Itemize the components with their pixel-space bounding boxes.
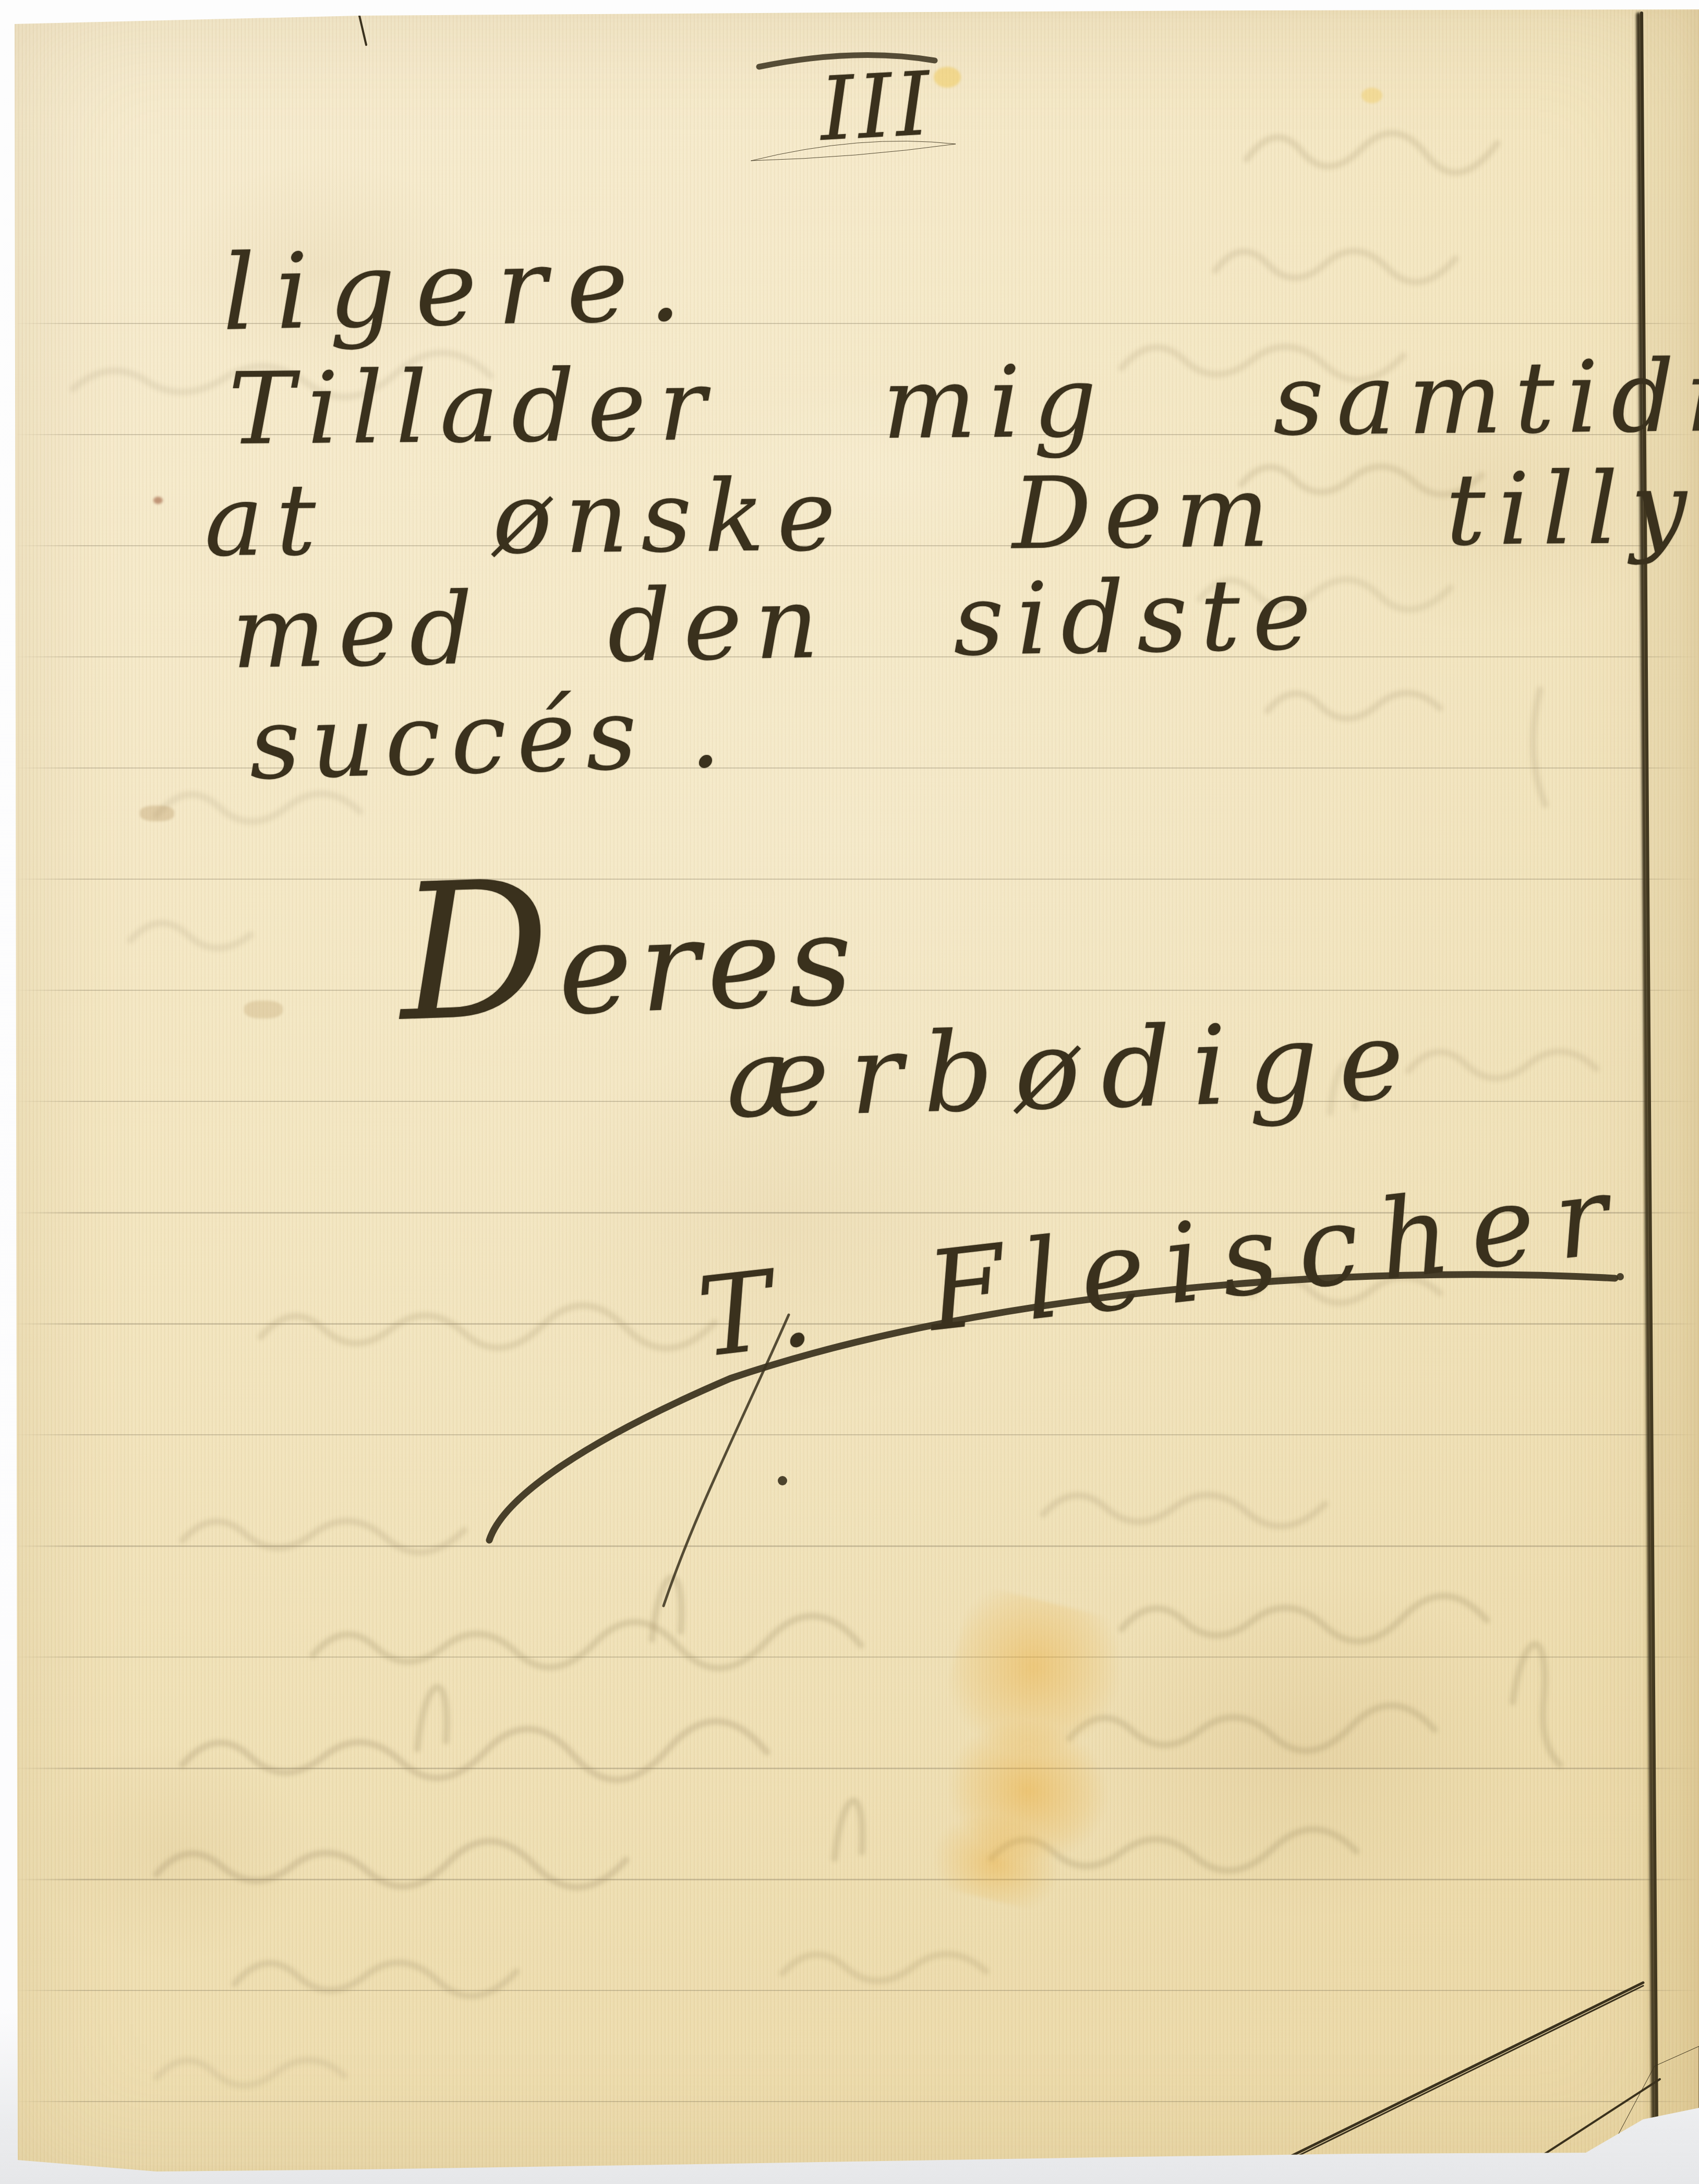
stain	[900, 1583, 1155, 1923]
paper-fleck	[153, 497, 163, 504]
fold-crease	[1638, 10, 1699, 2160]
paper-smudge	[140, 806, 174, 821]
letter-line-1: ligere.	[221, 223, 703, 354]
valediction-line-2: ærbødige	[725, 997, 1426, 1143]
paper-smudge	[244, 1001, 283, 1018]
letter-line-3: at ønske Dem tillykke	[204, 448, 1699, 579]
paper-fleck	[1361, 88, 1382, 103]
letter-line-5: succés .	[248, 674, 732, 802]
paper-tear	[359, 14, 366, 45]
letter-line-4: med den sidste	[231, 556, 1324, 691]
signature: T. Fleischer	[692, 1149, 1635, 1382]
page-number-mark: III	[817, 53, 936, 161]
letter-page: III ligere. Tillader mig samtidig at øns…	[0, 0, 1699, 2184]
letter-line-2: Tillader mig samtidig	[228, 338, 1699, 467]
paper-fleck	[934, 67, 961, 88]
corner-creases	[1288, 1983, 1699, 2168]
